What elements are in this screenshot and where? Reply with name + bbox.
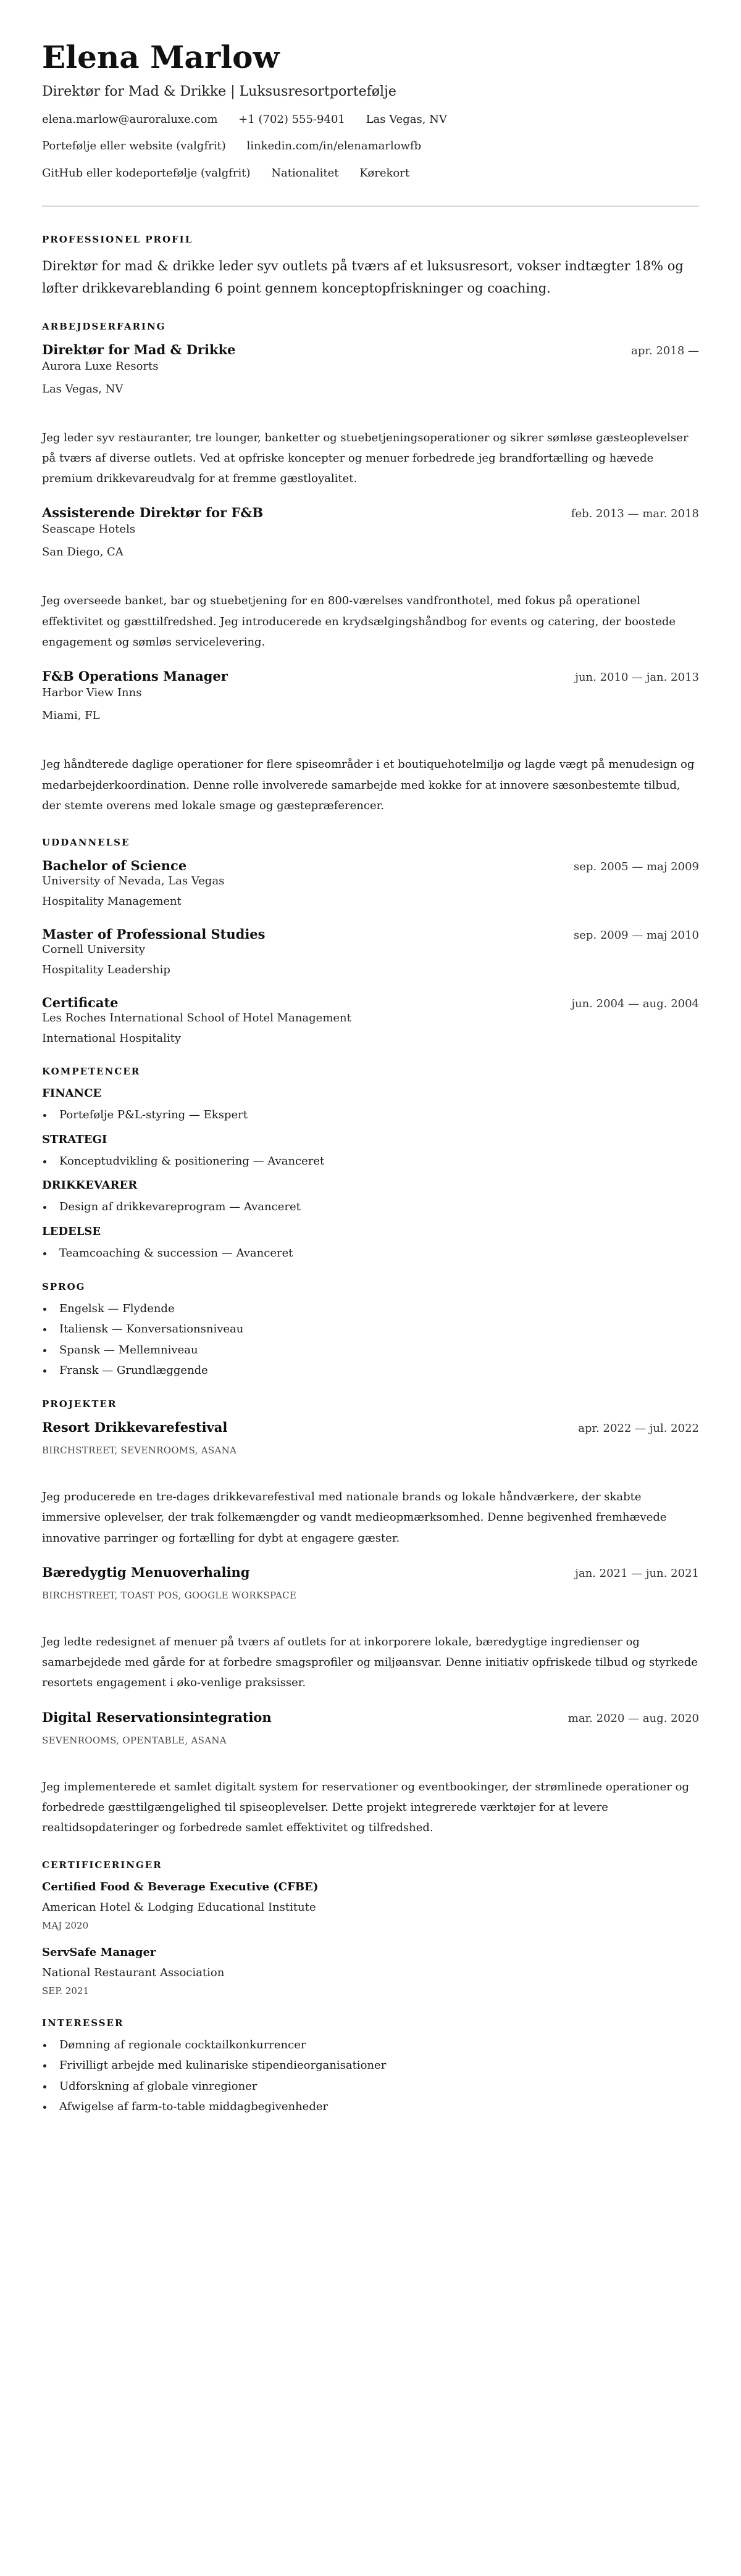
entry-header: Bachelor of Sciencesep. 2005 — maj 2009	[42, 858, 699, 873]
contact-row-3: GitHub eller kodeportefølje (valgfrit) N…	[42, 167, 699, 180]
profile-section: Professionel profil Direktør for mad & d…	[42, 234, 699, 299]
profile-summary: Direktør for mad & drikke leder syv outl…	[42, 255, 699, 299]
languages-section: Sprog Engelsk — FlydendeItaliensk — Konv…	[42, 1281, 699, 1377]
degree-title: Certificate	[42, 995, 119, 1010]
job-location: San Diego, CA	[42, 546, 699, 559]
degree-title: Master of Professional Studies	[42, 926, 266, 942]
entry-header: F&B Operations Managerjun. 2010 — jan. 2…	[42, 668, 699, 684]
entry-header: Direktør for Mad & Drikkeapr. 2018 —	[42, 342, 699, 357]
section-title-languages: Sprog	[42, 1281, 699, 1292]
certification-entry: Certified Food & Beverage Executive (CFB…	[42, 1880, 699, 1931]
project-name: Digital Reservationsintegration	[42, 1710, 272, 1725]
education-list: Bachelor of Sciencesep. 2005 — maj 2009U…	[42, 858, 699, 1045]
company-name: Aurora Luxe Resorts	[42, 360, 699, 373]
candidate-name: Elena Marlow	[42, 39, 699, 75]
candidate-headline: Direktør for Mad & Drikke | Luksusresort…	[42, 84, 699, 99]
experience-entry: F&B Operations Managerjun. 2010 — jan. 2…	[42, 668, 699, 816]
education-entry: Master of Professional Studiessep. 2009 …	[42, 926, 699, 976]
school-name: Cornell University	[42, 943, 699, 956]
skills-section: Kompetencer FINANCEPortefølje P&L-styrin…	[42, 1066, 699, 1260]
header-divider	[42, 206, 699, 207]
experience-entry: Direktør for Mad & Drikkeapr. 2018 —Auro…	[42, 342, 699, 489]
section-title-skills: Kompetencer	[42, 1066, 699, 1077]
projects-list: Resort Drikkevarefestivalapr. 2022 — jul…	[42, 1419, 699, 1839]
languages-list: Engelsk — FlydendeItaliensk — Konversati…	[42, 1302, 699, 1377]
experience-entry: Assisterende Direktør for F&Bfeb. 2013 —…	[42, 505, 699, 652]
certification-entry: ServSafe ManagerNational Restaurant Asso…	[42, 1946, 699, 1996]
interest-item: Afwigelse af farm-to-table middagbegiven…	[42, 2100, 699, 2114]
skill-category: LEDELSE	[42, 1225, 699, 1238]
project-tools: Birchstreet, Toast POS, Google Workspace	[42, 1590, 699, 1601]
education-dates: sep. 2005 — maj 2009	[574, 860, 699, 873]
section-title-experience: Arbejdserfaring	[42, 321, 699, 332]
section-title-interests: Interesser	[42, 2017, 699, 2029]
certification-date: maj 2020	[42, 1920, 699, 1931]
job-title: Direktør for Mad & Drikke	[42, 342, 236, 357]
section-title-certifications: Certificeringer	[42, 1859, 699, 1871]
skill-category: STRATEGI	[42, 1133, 699, 1146]
interests-list: Dømning af regionale cocktailkonkurrence…	[42, 2038, 699, 2114]
contact-phone[interactable]: +1 (702) 555-9401	[238, 113, 345, 126]
field-of-study: Hospitality Management	[42, 895, 699, 908]
project-dates: mar. 2020 — aug. 2020	[568, 1712, 699, 1725]
school-name: Les Roches International School of Hotel…	[42, 1012, 699, 1024]
job-description: Jeg håndterede daglige operationer for f…	[42, 754, 699, 816]
interests-section: Interesser Dømning af regionale cocktail…	[42, 2017, 699, 2114]
certification-issuer: American Hotel & Lodging Educational Ins…	[42, 1901, 699, 1914]
projects-section: Projekter Resort Drikkevarefestivalapr. …	[42, 1398, 699, 1839]
job-location: Las Vegas, NV	[42, 383, 699, 396]
skill-category: FINANCE	[42, 1087, 699, 1100]
experience-section: Arbejdserfaring Direktør for Mad & Drikk…	[42, 321, 699, 816]
language-item: Fransk — Grundlæggende	[42, 1364, 699, 1377]
education-section: Uddannelse Bachelor of Sciencesep. 2005 …	[42, 837, 699, 1045]
experience-list: Direktør for Mad & Drikkeapr. 2018 —Auro…	[42, 342, 699, 816]
project-name: Resort Drikkevarefestival	[42, 1419, 227, 1435]
company-name: Harbor View Inns	[42, 686, 699, 699]
section-title-projects: Projekter	[42, 1398, 699, 1410]
skill-list: Konceptudvikling & positionering — Avanc…	[42, 1155, 699, 1168]
section-title-education: Uddannelse	[42, 837, 699, 848]
project-description: Jeg ledte redesignet af menuer på tværs …	[42, 1632, 699, 1693]
company-name: Seascape Hotels	[42, 523, 699, 536]
project-description: Jeg producerede en tre-dages drikkevaref…	[42, 1487, 699, 1548]
skill-item: Portefølje P&L-styring — Ekspert	[42, 1108, 699, 1122]
skills-list: FINANCEPortefølje P&L-styring — EkspertS…	[42, 1087, 699, 1260]
contact-nationality: Nationalitet	[271, 167, 338, 180]
project-tools: Birchstreet, SevenRooms, Asana	[42, 1445, 699, 1456]
entry-header: Resort Drikkevarefestivalapr. 2022 — jul…	[42, 1419, 699, 1435]
project-description: Jeg implementerede et samlet digitalt sy…	[42, 1777, 699, 1839]
job-dates: feb. 2013 — mar. 2018	[571, 507, 699, 520]
interest-item: Frivilligt arbejde med kulinariske stipe…	[42, 2059, 699, 2072]
skill-list: Design af drikkevareprogram — Avanceret	[42, 1200, 699, 1214]
contact-website[interactable]: Portefølje eller website (valgfrit)	[42, 139, 226, 152]
language-item: Italiensk — Konversationsniveau	[42, 1323, 699, 1336]
skill-item: Konceptudvikling & positionering — Avanc…	[42, 1155, 699, 1168]
entry-header: Certificatejun. 2004 — aug. 2004	[42, 995, 699, 1010]
skill-category: DRIKKEVARER	[42, 1179, 699, 1192]
certification-name: Certified Food & Beverage Executive (CFB…	[42, 1880, 699, 1893]
project-dates: apr. 2022 — jul. 2022	[578, 1422, 699, 1435]
skill-item: Design af drikkevareprogram — Avanceret	[42, 1200, 699, 1214]
job-dates: jun. 2010 — jan. 2013	[575, 671, 699, 684]
interest-item: Dømning af regionale cocktailkonkurrence…	[42, 2038, 699, 2052]
project-entry: Resort Drikkevarefestivalapr. 2022 — jul…	[42, 1419, 699, 1548]
interest-item: Udforskning af globale vinregioner	[42, 2080, 699, 2093]
school-name: University of Nevada, Las Vegas	[42, 875, 699, 887]
entry-header: Master of Professional Studiessep. 2009 …	[42, 926, 699, 942]
contact-drivers-license: Kørekort	[359, 167, 409, 180]
contact-github[interactable]: GitHub eller kodeportefølje (valgfrit)	[42, 167, 251, 180]
project-entry: Bæredygtig Menuoverhalingjan. 2021 — jun…	[42, 1564, 699, 1693]
education-entry: Bachelor of Sciencesep. 2005 — maj 2009U…	[42, 858, 699, 908]
job-description: Jeg leder syv restauranter, tre lounger,…	[42, 428, 699, 489]
contact-email[interactable]: elena.marlow@auroraluxe.com	[42, 113, 217, 126]
contact-row-2: Portefølje eller website (valgfrit) link…	[42, 139, 699, 153]
job-description: Jeg overseede banket, bar og stuebetjeni…	[42, 591, 699, 652]
certification-name: ServSafe Manager	[42, 1946, 699, 1959]
skill-list: Teamcoaching & succession — Avanceret	[42, 1247, 699, 1260]
certification-issuer: National Restaurant Association	[42, 1966, 699, 1979]
certifications-section: Certificeringer Certified Food & Beverag…	[42, 1859, 699, 1996]
contact-row-1: elena.marlow@auroraluxe.com +1 (702) 555…	[42, 113, 699, 127]
resume-page: Elena Marlow Direktør for Mad & Drikke |…	[0, 0, 741, 2159]
language-item: Spansk — Mellemniveau	[42, 1344, 699, 1357]
job-location: Miami, FL	[42, 709, 699, 722]
job-dates: apr. 2018 —	[631, 344, 699, 357]
education-dates: sep. 2009 — maj 2010	[574, 929, 699, 942]
certifications-list: Certified Food & Beverage Executive (CFB…	[42, 1880, 699, 1996]
section-title-profile: Professionel profil	[42, 234, 699, 245]
job-title: Assisterende Direktør for F&B	[42, 505, 263, 520]
entry-header: Digital Reservationsintegrationmar. 2020…	[42, 1710, 699, 1725]
field-of-study: Hospitality Leadership	[42, 963, 699, 976]
skill-item: Teamcoaching & succession — Avanceret	[42, 1247, 699, 1260]
entry-header: Bæredygtig Menuoverhalingjan. 2021 — jun…	[42, 1564, 699, 1580]
skill-list: Portefølje P&L-styring — Ekspert	[42, 1108, 699, 1122]
project-tools: SevenRooms, OpenTable, Asana	[42, 1735, 699, 1746]
language-item: Engelsk — Flydende	[42, 1302, 699, 1316]
project-name: Bæredygtig Menuoverhaling	[42, 1564, 249, 1580]
education-dates: jun. 2004 — aug. 2004	[571, 997, 699, 1010]
degree-title: Bachelor of Science	[42, 858, 186, 873]
job-title: F&B Operations Manager	[42, 668, 228, 684]
project-dates: jan. 2021 — jun. 2021	[575, 1567, 699, 1580]
entry-header: Assisterende Direktør for F&Bfeb. 2013 —…	[42, 505, 699, 520]
education-entry: Certificatejun. 2004 — aug. 2004Les Roch…	[42, 995, 699, 1045]
field-of-study: International Hospitality	[42, 1032, 699, 1045]
certification-date: sep. 2021	[42, 1985, 699, 1996]
contact-linkedin[interactable]: linkedin.com/in/elenamarlowfb	[246, 139, 421, 152]
resume-header: Elena Marlow Direktør for Mad & Drikke |…	[42, 39, 699, 180]
project-entry: Digital Reservationsintegrationmar. 2020…	[42, 1710, 699, 1839]
contact-location: Las Vegas, NV	[366, 113, 447, 126]
